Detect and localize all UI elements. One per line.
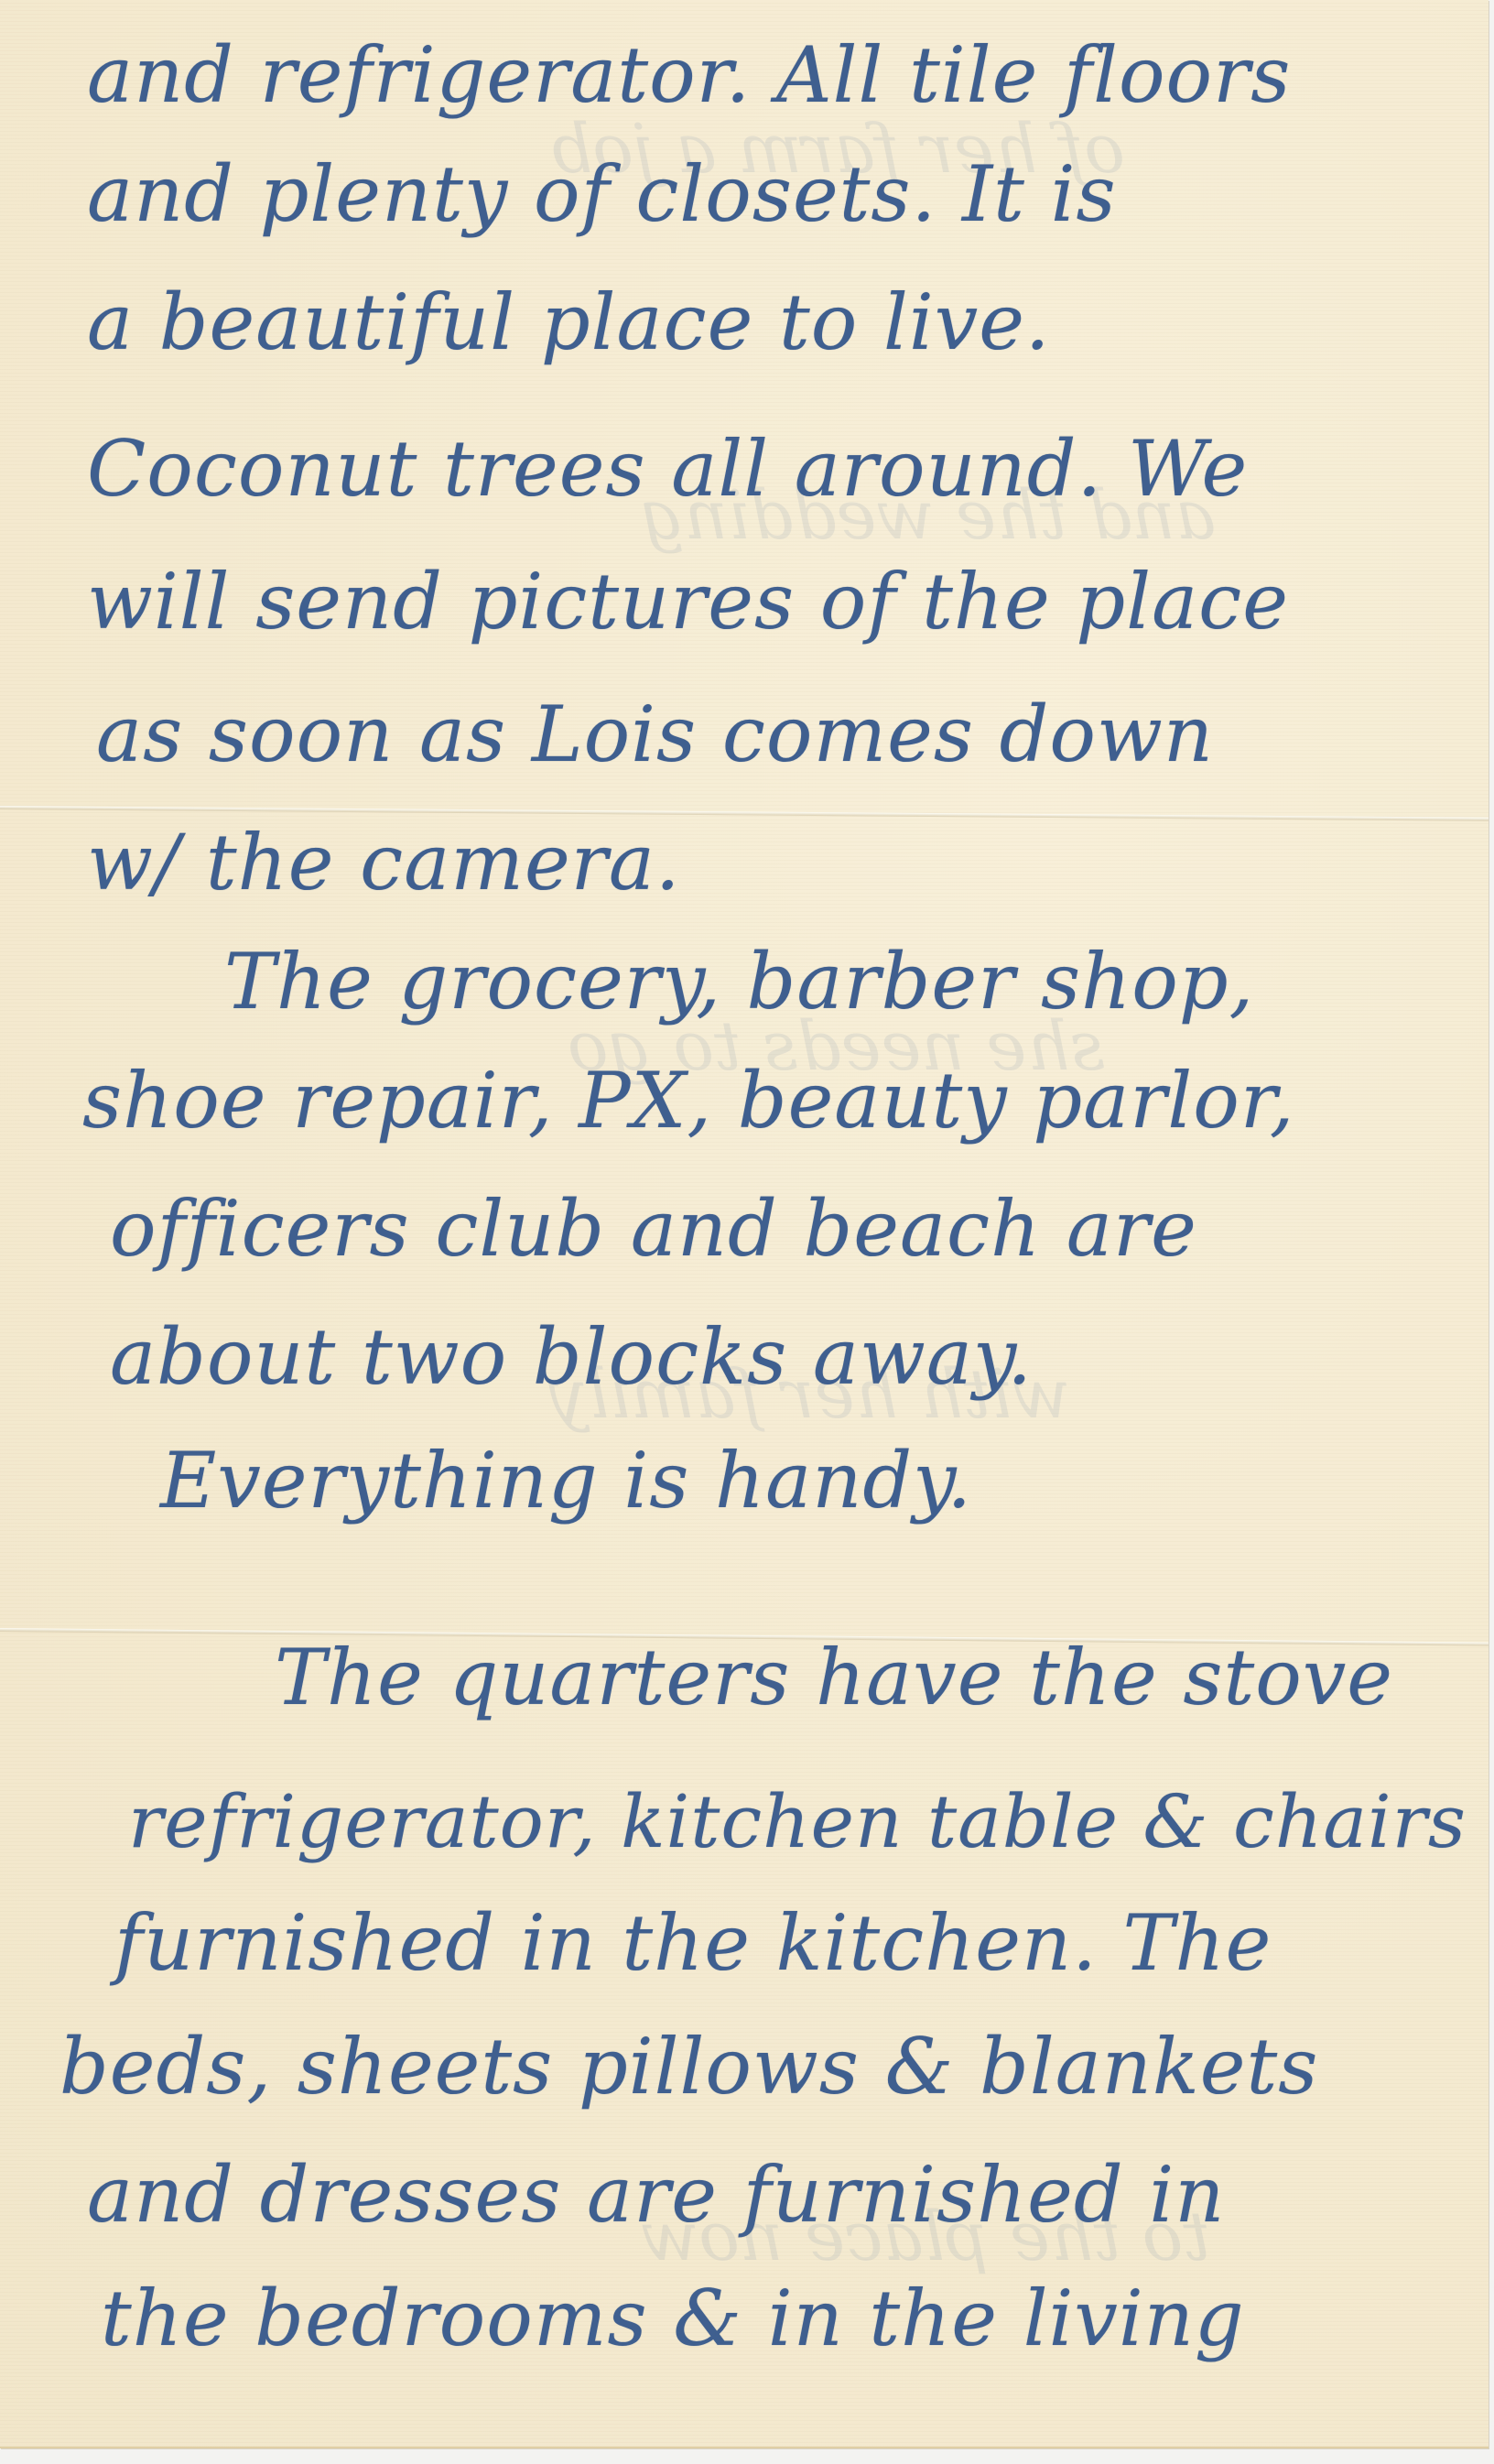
handwritten-line: about two blocks away. bbox=[110, 1319, 1033, 1395]
handwritten-line: refrigerator, kitchen table & chairs bbox=[128, 1786, 1467, 1859]
handwritten-line: The quarters have the stove bbox=[275, 1639, 1393, 1716]
handwritten-line: and plenty of closets. It is bbox=[87, 156, 1117, 233]
handwritten-line: a beautiful place to live. bbox=[87, 284, 1051, 361]
handwritten-line: and dresses are furnished in bbox=[87, 2156, 1225, 2233]
letter-page: of her farm a joband the weddingshe need… bbox=[0, 0, 1489, 2448]
handwritten-line: officers club and beach are bbox=[110, 1190, 1197, 1267]
handwritten-line: as soon as Lois comes down bbox=[96, 696, 1214, 773]
handwritten-line: shoe repair, PX, beauty parlor, bbox=[82, 1062, 1294, 1139]
handwritten-line: the bedrooms & in the living bbox=[101, 2280, 1245, 2357]
handwritten-line: will send pictures of the place bbox=[87, 563, 1289, 640]
handwritten-line: and refrigerator. All tile floors bbox=[87, 37, 1291, 114]
handwritten-line: beds, sheets pillows & blankets bbox=[60, 2028, 1318, 2105]
handwritten-line: furnished in the kitchen. The bbox=[114, 1905, 1272, 1981]
handwritten-line: w/ the camera. bbox=[87, 824, 681, 901]
handwritten-line: Coconut trees all around. We bbox=[87, 430, 1248, 507]
handwritten-line: The grocery, barber shop, bbox=[224, 943, 1254, 1020]
handwritten-line: Everything is handy. bbox=[160, 1442, 972, 1519]
